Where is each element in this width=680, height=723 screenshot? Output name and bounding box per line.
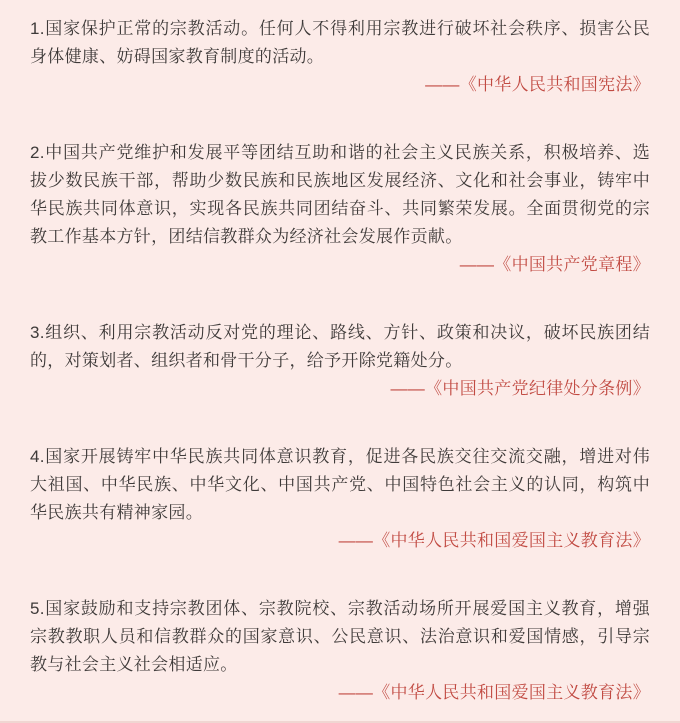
quote-block-4: 4.国家开展铸牢中华民族共同体意识教育，促进各民族交往交流交融，增进对伟大祖国、… — [30, 443, 650, 555]
quote-source: ——《中国共产党章程》 — [30, 251, 650, 279]
quote-block-5: 5.国家鼓励和支持宗教团体、宗教院校、宗教活动场所开展爱国主义教育，增强宗教教职… — [30, 595, 650, 707]
quote-source: ——《中华人民共和国爱国主义教育法》 — [30, 527, 650, 555]
quote-block-1: 1.国家保护正常的宗教活动。任何人不得利用宗教进行破坏社会秩序、损害公民身体健康… — [30, 15, 650, 99]
document-page: 1.国家保护正常的宗教活动。任何人不得利用宗教进行破坏社会秩序、损害公民身体健康… — [0, 0, 680, 723]
quote-text: 5.国家鼓励和支持宗教团体、宗教院校、宗教活动场所开展爱国主义教育，增强宗教教职… — [30, 595, 650, 679]
quote-block-2: 2.中国共产党维护和发展平等团结互助和谐的社会主义民族关系，积极培养、选拔少数民… — [30, 139, 650, 279]
quote-source: ——《中华人民共和国爱国主义教育法》 — [30, 679, 650, 707]
quote-source: ——《中华人民共和国宪法》 — [30, 71, 650, 99]
quote-text: 2.中国共产党维护和发展平等团结互助和谐的社会主义民族关系，积极培养、选拔少数民… — [30, 139, 650, 251]
quote-text: 1.国家保护正常的宗教活动。任何人不得利用宗教进行破坏社会秩序、损害公民身体健康… — [30, 15, 650, 71]
quote-block-3: 3.组织、利用宗教活动反对党的理论、路线、方针、政策和决议，破坏民族团结的，对策… — [30, 319, 650, 403]
quote-source: ——《中国共产党纪律处分条例》 — [30, 375, 650, 403]
quote-text: 3.组织、利用宗教活动反对党的理论、路线、方针、政策和决议，破坏民族团结的，对策… — [30, 319, 650, 375]
quote-text: 4.国家开展铸牢中华民族共同体意识教育，促进各民族交往交流交融，增进对伟大祖国、… — [30, 443, 650, 527]
